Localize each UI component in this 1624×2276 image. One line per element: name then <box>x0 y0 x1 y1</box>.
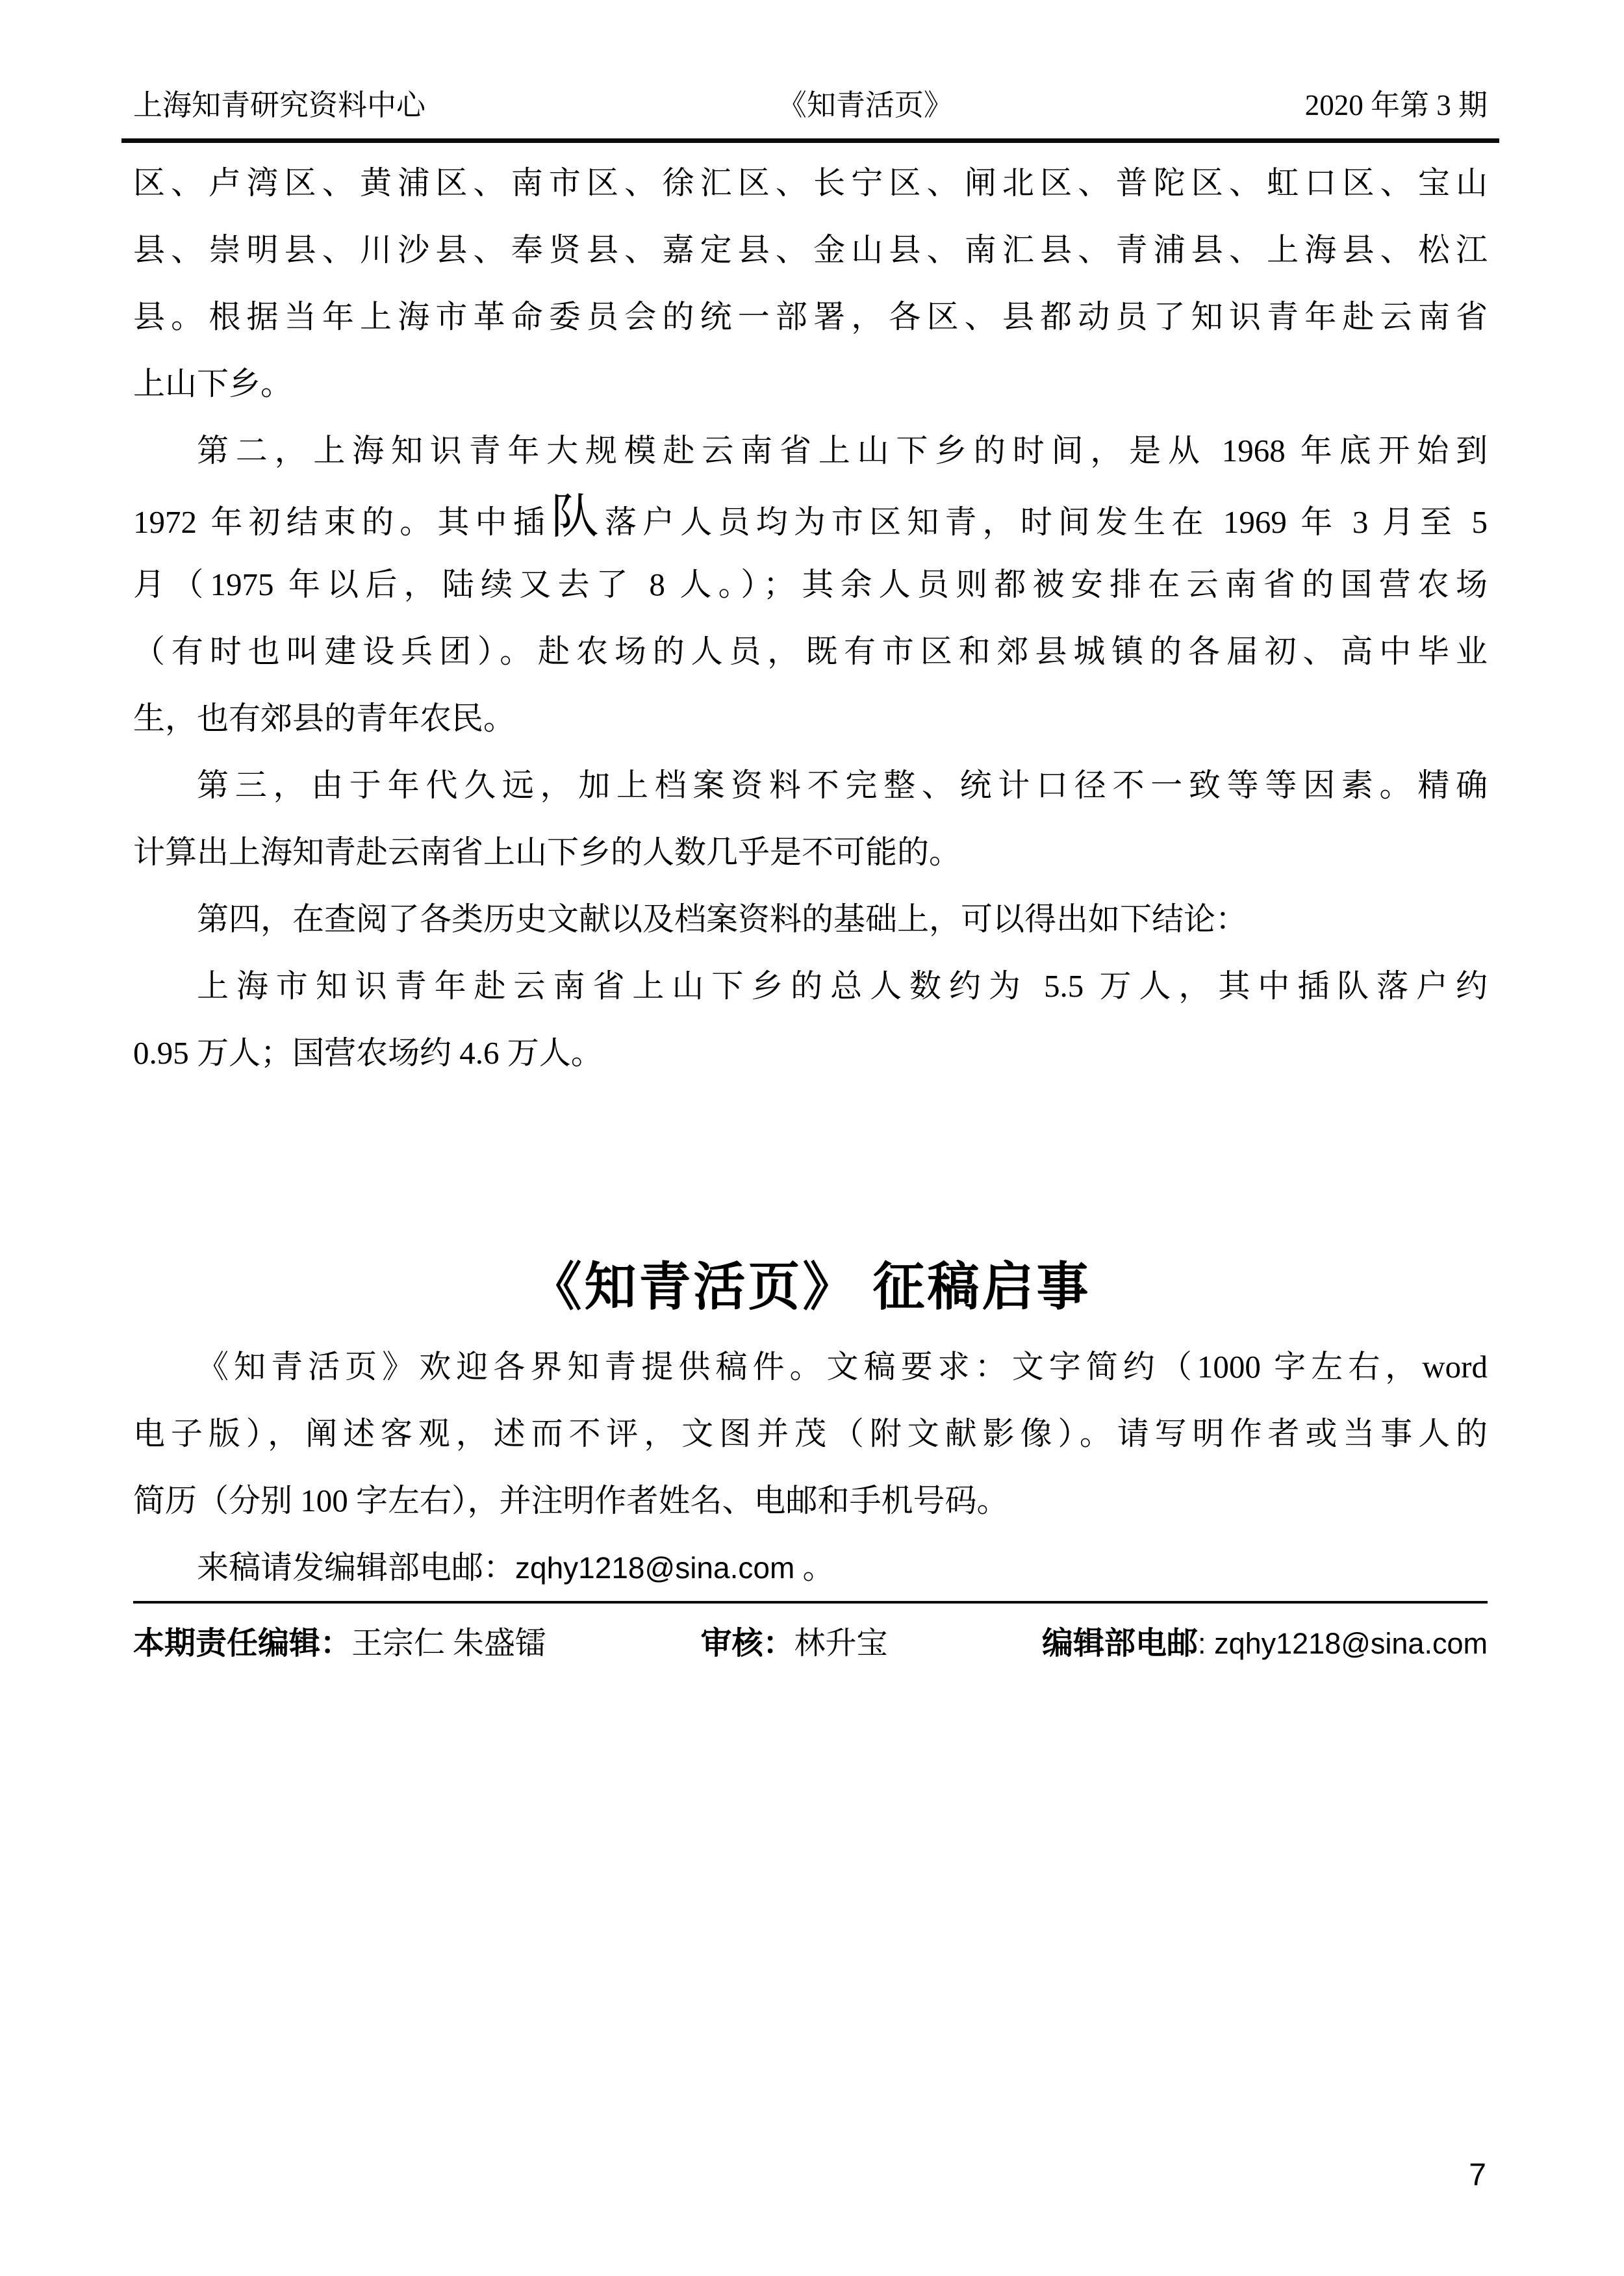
contact-email: zqhy1218@sina.com <box>515 1551 794 1585</box>
article-line: 第三，由于年代久远，加上档案资料不完整、统计口径不一致等等因素。精确 <box>133 752 1488 819</box>
header-org: 上海知青研究资料中心 <box>133 86 425 125</box>
footer: 本期责任编辑：王宗仁 朱盛镭 审核：林升宝 编辑部电邮: zqhy1218@si… <box>133 1620 1488 1667</box>
paragraph-fourth: 第四，在查阅了各类历史文献以及档案资料的基础上，可以得出如下结论： <box>133 886 1488 953</box>
article-body: 区、卢湾区、黄浦区、南市区、徐汇区、长宁区、闸北区、普陀区、虹口区、宝山 县、崇… <box>133 149 1488 1667</box>
article-line: 区、卢湾区、黄浦区、南市区、徐汇区、长宁区、闸北区、普陀区、虹口区、宝山 <box>133 149 1488 216</box>
footer-email-group: 编辑部电邮: zqhy1218@sina.com <box>1042 1620 1488 1667</box>
article-line: 上山下乡。 <box>133 350 1488 417</box>
paragraph-districts: 区、卢湾区、黄浦区、南市区、徐汇区、长宁区、闸北区、普陀区、虹口区、宝山 县、崇… <box>133 149 1488 417</box>
footer-review-group: 审核：林升宝 <box>701 1620 888 1667</box>
footer-rule <box>133 1601 1488 1604</box>
article-line: 第二，上海知识青年大规模赴云南省上山下乡的时间，是从 1968 年底开始到 <box>133 417 1488 484</box>
article-line: 月（1975 年以后，陆续又去了 8 人。）；其余人员则都被安排在云南省的国营农… <box>133 551 1488 618</box>
notice-line: 简历（分别 100 字左右），并注明作者姓名、电邮和手机号码。 <box>133 1467 1488 1534</box>
notice-contact-line: 来稿请发编辑部电邮：zqhy1218@sina.com 。 <box>133 1534 1488 1601</box>
article-line: 0.95 万人；国营农场约 4.6 万人。 <box>133 1019 1488 1086</box>
document-page: 上海知青研究资料中心 《知青活页》 2020 年第 3 期 区、卢湾区、黄浦区、… <box>0 0 1624 2276</box>
reviewer-name: 林升宝 <box>794 1626 888 1661</box>
review-label: 审核： <box>701 1626 794 1661</box>
notice-line: 电子版），阐述客观，述而不评，文图并茂（附文献影像）。请写明作者或当事人的 <box>133 1400 1488 1467</box>
header-issue: 2020 年第 3 期 <box>1305 86 1488 125</box>
article-line: 计算出上海知青赴云南省上山下乡的人数几乎是不可能的。 <box>133 819 1488 886</box>
header-rule <box>121 138 1499 143</box>
article-line: 县、崇明县、川沙县、奉贤县、嘉定县、金山县、南汇县、青浦县、上海县、松江 <box>133 216 1488 283</box>
line-segment: 落户人员均为市区知青，时间发生在 1969 年 3 月至 5 <box>605 504 1488 540</box>
oversized-character: 队 <box>551 491 605 544</box>
footer-editors-group: 本期责任编辑：王宗仁 朱盛镭 <box>133 1620 546 1667</box>
editors-names: 王宗仁 朱盛镭 <box>351 1626 546 1661</box>
article-line: 第四，在查阅了各类历史文献以及档案资料的基础上，可以得出如下结论： <box>133 886 1488 953</box>
article-line: （有时也叫建设兵团）。赴农场的人员，既有市区和郊县城镇的各届初、高中毕业 <box>133 618 1488 685</box>
notice-title: 《知青活页》 征稿启事 <box>133 1252 1488 1323</box>
header-publication: 《知青活页》 <box>778 86 953 125</box>
article-line: 1972 年初结束的。其中插队落户人员均为市区知青，时间发生在 1969 年 3… <box>133 484 1488 551</box>
article-line: 生，也有郊县的青年农民。 <box>133 685 1488 752</box>
email-sep: : <box>1198 1627 1214 1660</box>
page-number: 7 <box>1469 2156 1486 2195</box>
article-line: 上海市知识青年赴云南省上山下乡的总人数约为 5.5 万人，其中插队落户约 <box>133 953 1488 1019</box>
email-label: 编辑部电邮 <box>1042 1626 1198 1661</box>
editors-label: 本期责任编辑： <box>133 1626 351 1661</box>
footer-email: zqhy1218@sina.com <box>1214 1627 1488 1660</box>
article-line: 县。根据当年上海市革命委员会的统一部署，各区、县都动员了知识青年赴云南省 <box>133 283 1488 350</box>
paragraph-conclusion: 上海市知识青年赴云南省上山下乡的总人数约为 5.5 万人，其中插队落户约 0.9… <box>133 953 1488 1086</box>
page-header: 上海知青研究资料中心 《知青活页》 2020 年第 3 期 <box>133 86 1488 125</box>
notice-body: 《知青活页》欢迎各界知青提供稿件。文稿要求：文字简约（1000 字左右，word… <box>133 1333 1488 1601</box>
notice-line: 《知青活页》欢迎各界知青提供稿件。文稿要求：文字简约（1000 字左右，word <box>133 1333 1488 1400</box>
contact-prefix: 来稿请发编辑部电邮： <box>197 1550 515 1585</box>
paragraph-second: 第二，上海知识青年大规模赴云南省上山下乡的时间，是从 1968 年底开始到 19… <box>133 417 1488 752</box>
line-segment: 1972 年初结束的。其中插 <box>133 504 551 540</box>
contact-suffix: 。 <box>794 1550 834 1585</box>
paragraph-third: 第三，由于年代久远，加上档案资料不完整、统计口径不一致等等因素。精确 计算出上海… <box>133 752 1488 886</box>
